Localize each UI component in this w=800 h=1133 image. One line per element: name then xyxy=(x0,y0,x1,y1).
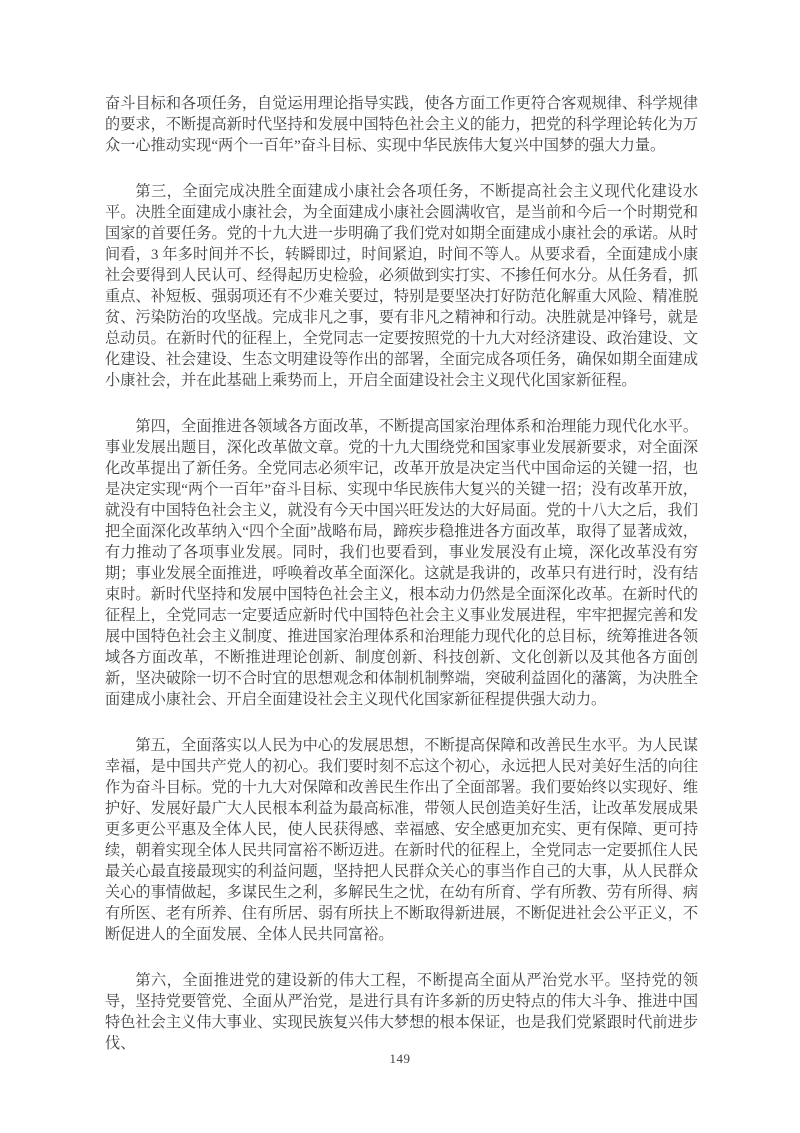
page-number: 149 xyxy=(0,1051,800,1067)
document-page: 奋斗目标和各项任务，自觉运用理论指导实践，使各方面工作更符合客观规律、科学规律的… xyxy=(0,0,800,1133)
paragraph-point-four: 第四，全面推进各领域各方面改革，不断提高国家治理体系和治理能力现代化水平。事业发… xyxy=(105,416,698,710)
paragraph-point-six: 第六，全面推进党的建设新的伟大工程，不断提高全面从严治党水平。坚持党的领导，坚持… xyxy=(105,970,698,1054)
text-body: 奋斗目标和各项任务，自觉运用理论指导实践，使各方面工作更符合客观规律、科学规律的… xyxy=(105,93,698,1054)
paragraph-continuation: 奋斗目标和各项任务，自觉运用理论指导实践，使各方面工作更符合客观规律、科学规律的… xyxy=(105,93,698,156)
paragraph-point-three: 第三，全面完成决胜全面建成小康社会各项任务，不断提高社会主义现代化建设水平。决胜… xyxy=(105,181,698,391)
paragraph-point-five: 第五，全面落实以人民为中心的发展思想，不断提高保障和改善民生水平。为人民谋幸福，… xyxy=(105,735,698,945)
